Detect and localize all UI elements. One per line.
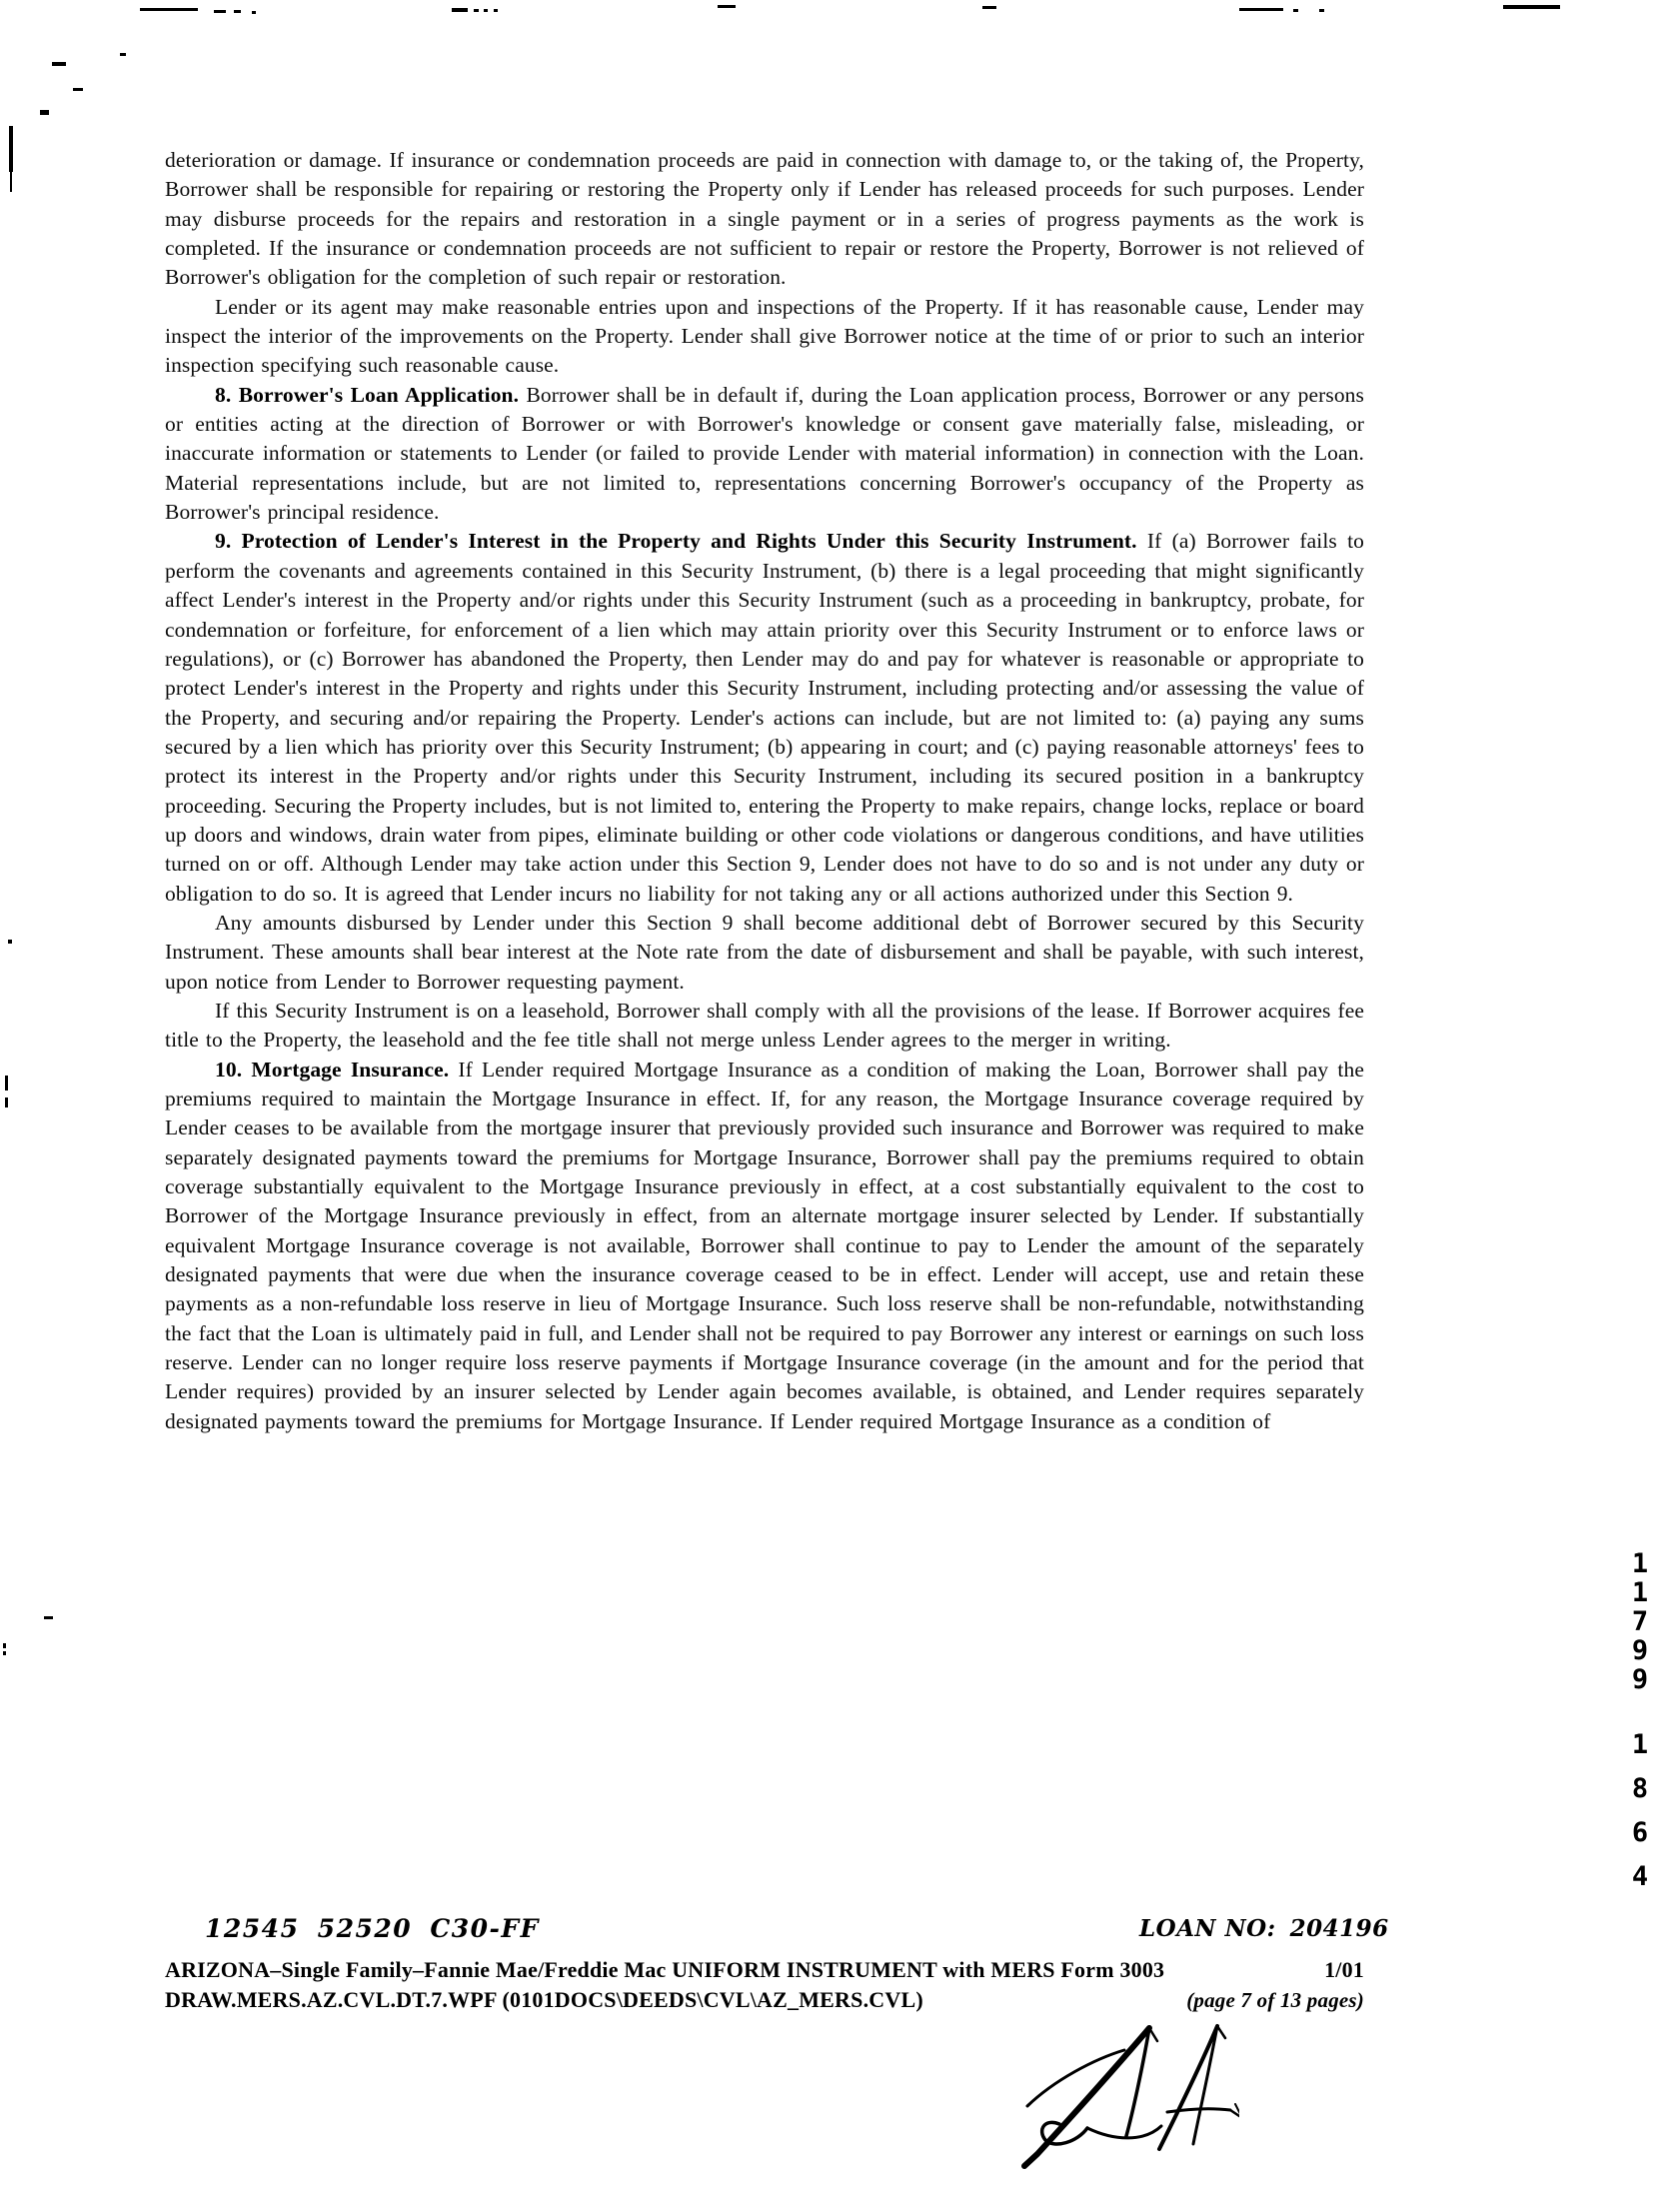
scan-artifact [3, 1643, 6, 1648]
page-number-note: (page 7 of 13 pages) [1186, 1988, 1364, 2013]
paragraph-section8-loan-application: 8. Borrower's Loan Application. Borrower… [165, 381, 1364, 528]
scan-artifact [1319, 9, 1324, 12]
paragraph-amounts-disbursed: Any amounts disbursed by Lender under th… [165, 909, 1364, 997]
paragraph-text: deterioration or damage. If insurance or… [165, 148, 1364, 289]
margin-stamp-number-1: 11799 [1624, 1549, 1656, 1694]
scan-artifact [452, 8, 468, 12]
scan-artifact [8, 940, 12, 944]
scan-artifact [474, 9, 479, 12]
scan-artifact [982, 6, 996, 9]
section-heading: 9. Protection of Lender's Interest in th… [215, 529, 1137, 553]
scan-artifact [234, 10, 241, 13]
section-heading: 8. Borrower's Loan Application. [215, 383, 519, 407]
paragraph-inspections: Lender or its agent may make reasonable … [165, 293, 1364, 381]
scan-artifact [5, 1098, 8, 1107]
scan-artifact [484, 9, 488, 12]
scan-artifact [1239, 8, 1283, 11]
scan-artifact [1293, 9, 1298, 12]
section-heading: 10. Mortgage Insurance. [215, 1058, 449, 1082]
scan-artifact [140, 8, 198, 11]
paragraph-section7-continuation: deterioration or damage. If insurance or… [165, 146, 1364, 293]
loan-number: LOAN NO:204196 [1139, 1915, 1389, 1942]
signature-initials [999, 2014, 1239, 2169]
paragraph-section10-mortgage-insurance: 10. Mortgage Insurance. If Lender requir… [165, 1056, 1364, 1436]
margin-stamp-number-2: 1864 [1624, 1723, 1656, 1899]
scan-artifact [44, 1616, 53, 1619]
scan-artifact [52, 62, 66, 66]
scan-artifact [73, 88, 83, 91]
paragraph-text: Any amounts disbursed by Lender under th… [165, 911, 1364, 994]
loan-number-label: LOAN NO: [1139, 1915, 1276, 1942]
scan-artifact [5, 1076, 8, 1091]
paragraph-text: Lender or its agent may make reasonable … [165, 295, 1364, 378]
paragraph-section9-protection: 9. Protection of Lender's Interest in th… [165, 527, 1364, 908]
footer-path-line: DRAW.MERS.AZ.CVL.DT.7.WPF (0101DOCS\DEED… [165, 1987, 1364, 2013]
paragraph-leasehold: If this Security Instrument is on a leas… [165, 997, 1364, 1056]
document-body: deterioration or damage. If insurance or… [165, 146, 1364, 1436]
scan-artifact [494, 9, 498, 12]
scan-artifact [10, 172, 12, 192]
paragraph-text: If this Security Instrument is on a leas… [165, 999, 1364, 1052]
scan-artifact [9, 126, 13, 172]
loan-number-value: 204196 [1290, 1915, 1389, 1942]
scan-artifact [718, 5, 736, 8]
scan-artifact [252, 11, 256, 14]
document-page: deterioration or damage. If insurance or… [0, 0, 1680, 2212]
form-identifier: ARIZONA–Single Family–Fannie Mae/Freddie… [165, 1957, 1164, 1983]
scan-artifact [3, 1651, 6, 1655]
paragraph-text: If (a) Borrower fails to perform the cov… [165, 529, 1364, 905]
scan-artifact [120, 53, 126, 56]
paragraph-text: If Lender required Mortgage Insurance as… [165, 1058, 1364, 1433]
document-file-path: DRAW.MERS.AZ.CVL.DT.7.WPF (0101DOCS\DEED… [165, 1987, 923, 2013]
footer-form-line: ARIZONA–Single Family–Fannie Mae/Freddie… [165, 1957, 1364, 1983]
scan-artifact [1503, 5, 1560, 9]
scan-artifact [40, 110, 49, 115]
file-code: 12545 52520 C30-FF [205, 1914, 540, 1943]
form-version: 1/01 [1324, 1957, 1364, 1983]
scan-artifact [214, 10, 226, 13]
